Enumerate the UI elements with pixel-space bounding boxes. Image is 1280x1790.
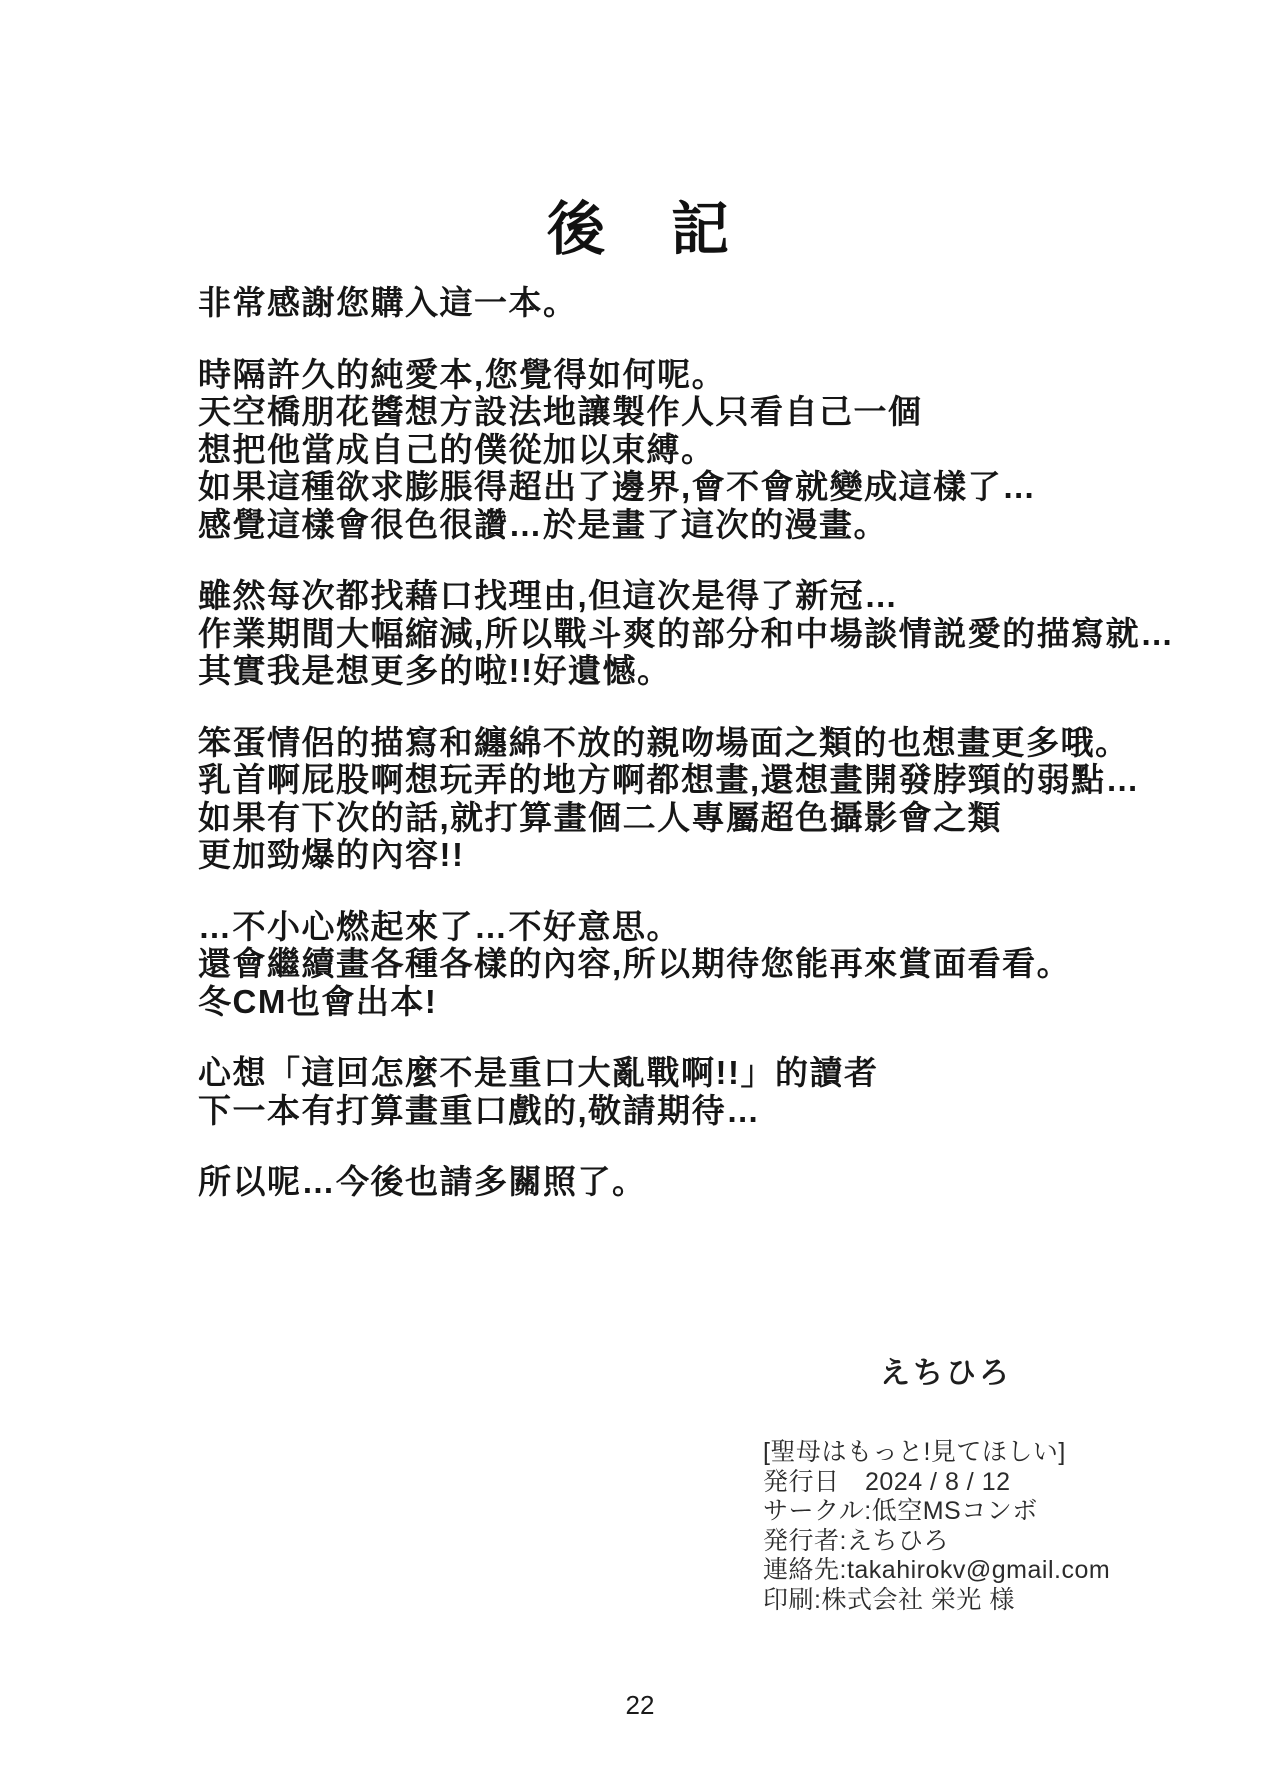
body-line: 所以呢…今後也請多關照了。 bbox=[198, 1163, 1208, 1201]
colophon-publish-date: 発行日 2024 / 8 / 12 bbox=[763, 1468, 1110, 1498]
body-line: 還會繼續畫各種各樣的內容,所以期待您能再來賞面看看。 bbox=[198, 945, 1208, 983]
paragraph-wishes: 笨蛋情侶的描寫和纏綿不放的親吻場面之類的也想畫更多哦。 乳首啊屁股啊想玩弄的地方… bbox=[198, 724, 1208, 874]
body-line: 非常感謝您購入這一本。 bbox=[198, 284, 1208, 322]
body-line: 作業期間大幅縮減,所以戰斗爽的部分和中場談情説愛的描寫就… bbox=[198, 615, 1208, 653]
body-line: …不小心燃起來了…不好意思。 bbox=[198, 908, 1208, 946]
body-line: 冬CM也會出本! bbox=[198, 983, 1208, 1021]
afterword-page: 後 記 非常感謝您購入這一本。 時隔許久的純愛本,您覺得如何呢。 天空橋朋花醬想… bbox=[0, 0, 1280, 1790]
paragraph-closing: 所以呢…今後也請多關照了。 bbox=[198, 1163, 1208, 1201]
page-number: 22 bbox=[0, 1690, 1280, 1721]
author-signature: えちひろ bbox=[880, 1348, 1012, 1392]
colophon-block: [聖母はもっと!見てほしい] 発行日 2024 / 8 / 12 サークル:低空… bbox=[763, 1438, 1110, 1615]
body-line: 心想「這回怎麼不是重口大亂戰啊!!」的讀者 bbox=[198, 1054, 1208, 1092]
body-line: 想把他當成自己的僕從加以束縛。 bbox=[198, 431, 1208, 469]
paragraph-readers: 心想「這回怎麼不是重口大亂戰啊!!」的讀者 下一本有打算畫重口戲的,敬請期待… bbox=[198, 1054, 1208, 1129]
paragraph-thanks: 非常感謝您購入這一本。 bbox=[198, 284, 1208, 322]
body-line: 更加勁爆的內容!! bbox=[198, 836, 1208, 874]
body-line: 如果有下次的話,就打算畫個二人專屬超色攝影會之類 bbox=[198, 799, 1208, 837]
body-line: 雖然每次都找藉口找理由,但這次是得了新冠… bbox=[198, 577, 1208, 615]
body-line: 笨蛋情侶的描寫和纏綿不放的親吻場面之類的也想畫更多哦。 bbox=[198, 724, 1208, 762]
colophon-book-title: [聖母はもっと!見てほしい] bbox=[763, 1438, 1110, 1468]
colophon-circle: サークル:低空MSコンボ bbox=[763, 1497, 1110, 1527]
body-line: 時隔許久的純愛本,您覺得如何呢。 bbox=[198, 356, 1208, 394]
body-line: 感覺這樣會很色很讚…於是畫了這次的漫畫。 bbox=[198, 506, 1208, 544]
colophon-publisher: 発行者:えちひろ bbox=[763, 1527, 1110, 1557]
body-line: 天空橋朋花醬想方設法地讓製作人只看自己一個 bbox=[198, 393, 1208, 431]
paragraph-excuse: 雖然每次都找藉口找理由,但這次是得了新冠… 作業期間大幅縮減,所以戰斗爽的部分和… bbox=[198, 577, 1208, 690]
colophon-printer: 印刷:株式会社 栄光 様 bbox=[763, 1586, 1110, 1616]
paragraph-future: …不小心燃起來了…不好意思。 還會繼續畫各種各樣的內容,所以期待您能再來賞面看看… bbox=[198, 908, 1208, 1021]
afterword-body: 非常感謝您購入這一本。 時隔許久的純愛本,您覺得如何呢。 天空橋朋花醬想方設法地… bbox=[198, 284, 1208, 1201]
colophon-contact: 連絡先:takahirokv@gmail.com bbox=[763, 1556, 1110, 1586]
page-title: 後 記 bbox=[0, 182, 1280, 266]
body-line: 乳首啊屁股啊想玩弄的地方啊都想畫,還想畫開發脖頸的弱點… bbox=[198, 761, 1208, 799]
body-line: 其實我是想更多的啦!!好遺憾。 bbox=[198, 652, 1208, 690]
body-line: 下一本有打算畫重口戲的,敬請期待… bbox=[198, 1092, 1208, 1130]
paragraph-concept: 時隔許久的純愛本,您覺得如何呢。 天空橋朋花醬想方設法地讓製作人只看自己一個 想… bbox=[198, 356, 1208, 544]
body-line: 如果這種欲求膨脹得超出了邊界,會不會就變成這樣了… bbox=[198, 468, 1208, 506]
